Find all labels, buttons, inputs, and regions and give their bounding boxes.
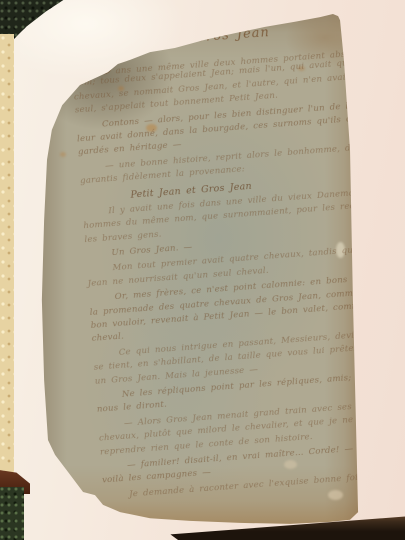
bubble-wrap-strip xyxy=(0,34,14,474)
table-corner-bottom-left xyxy=(0,487,24,540)
photo-of-manuscript: 1 1 Petit Jean et Gros JeanDans une même… xyxy=(0,0,405,540)
handwriting-layer: Petit Jean et Gros JeanDans une même vil… xyxy=(40,18,355,522)
manuscript-page: 1 1 Petit Jean et Gros JeanDans une même… xyxy=(38,12,360,527)
margin-mark: 1 xyxy=(56,494,61,503)
